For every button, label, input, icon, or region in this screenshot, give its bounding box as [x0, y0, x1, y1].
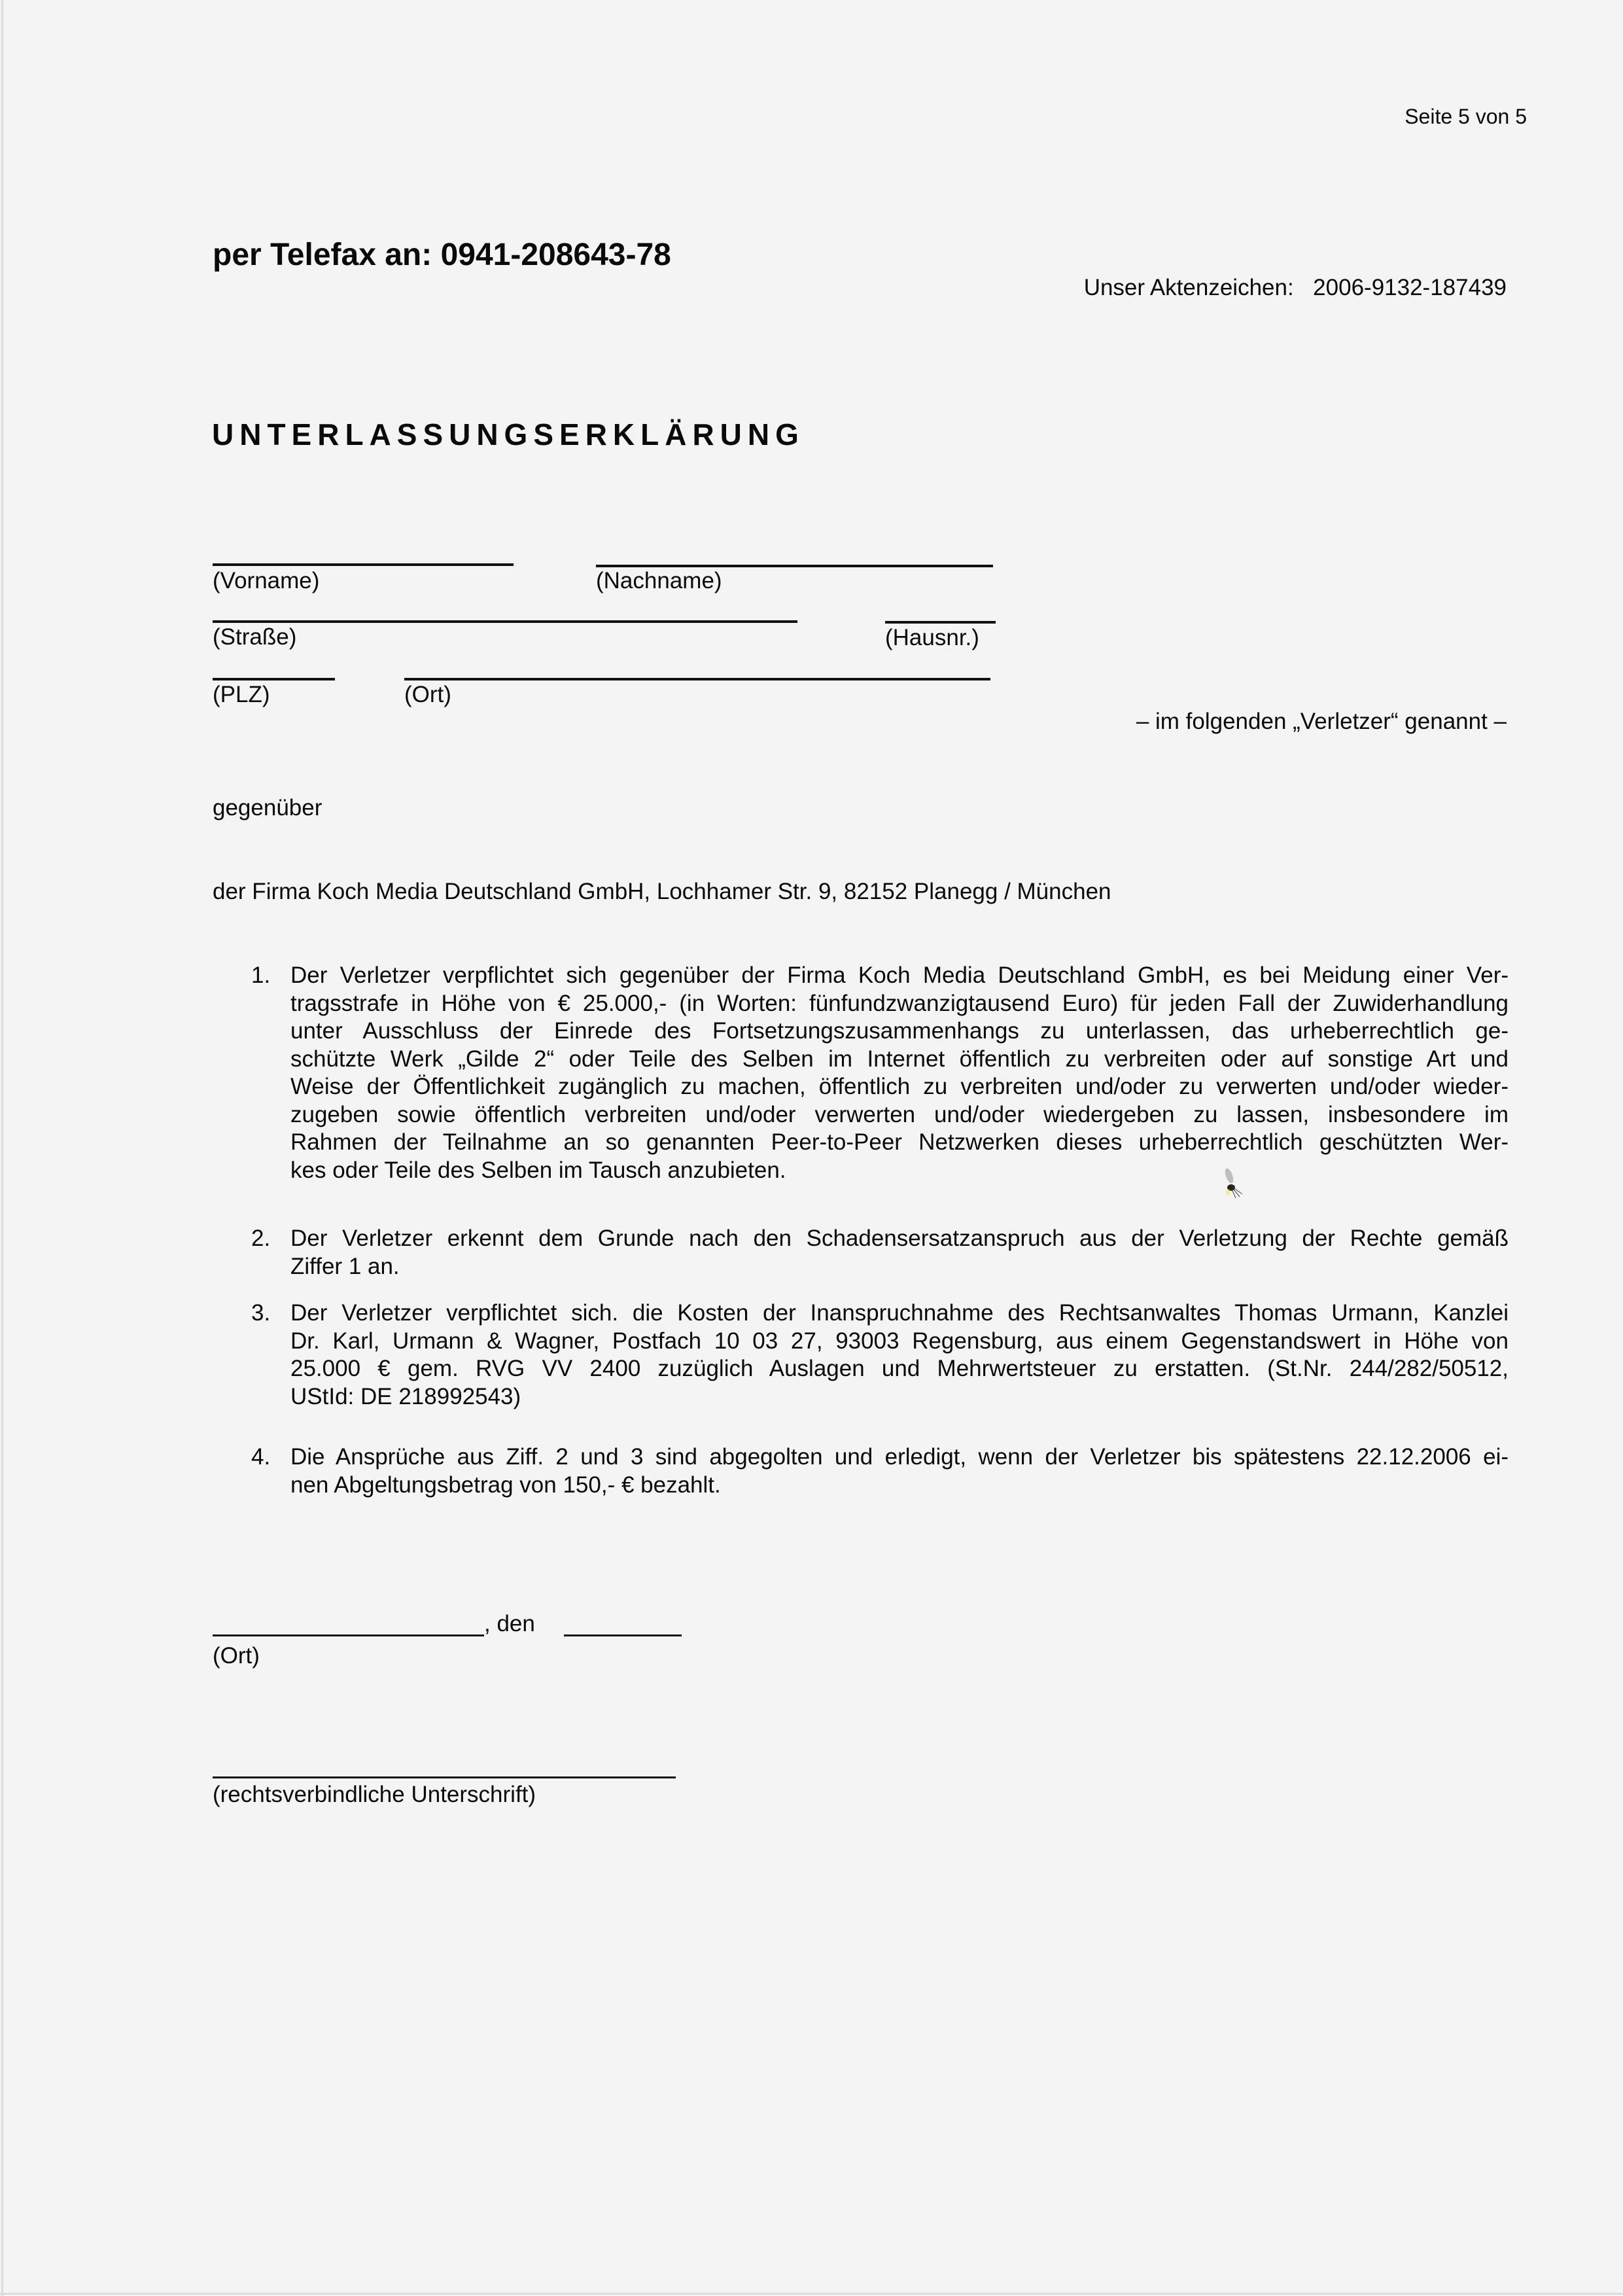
clause-line: Weise der Öffentlichkeit zugänglich zu m…: [290, 1073, 1509, 1101]
plz-label: (PLZ): [213, 682, 270, 708]
strasse-label: (Straße): [213, 624, 296, 650]
clause-line: Der Verletzer verpflichtet sich gegenübe…: [290, 962, 1509, 990]
clause-text: Der Verletzer erkennt dem Grunde nach de…: [290, 1225, 1509, 1280]
page-edge: [0, 2293, 1623, 2295]
insect-speck: [1219, 1167, 1245, 1199]
date-blank[interactable]: [564, 1634, 682, 1636]
reference-value: 2006-9132-187439: [1313, 275, 1507, 300]
counterparty-address: der Firma Koch Media Deutschland GmbH, L…: [213, 879, 1111, 905]
den-label: , den: [484, 1611, 535, 1637]
clause-line: tragsstrafe in Höhe von € 25.000,- (in W…: [290, 990, 1509, 1018]
clause-line: Der Verletzer erkennt dem Grunde nach de…: [290, 1225, 1509, 1253]
clause-number: 3.: [251, 1299, 270, 1327]
counterparty-intro: gegenüber: [213, 795, 322, 821]
ort-label: (Ort): [404, 682, 451, 708]
vorname-label: (Vorname): [213, 568, 319, 594]
clause-line: UStId: DE 218992543): [290, 1383, 1509, 1411]
reference-label: Unser Aktenzeichen:: [1084, 275, 1294, 300]
clause-line: Dr. Karl, Urmann & Wagner, Postfach 10 0…: [290, 1328, 1509, 1356]
page-number: Seite 5 von 5: [1405, 105, 1527, 129]
nachname-label: (Nachname): [596, 568, 722, 594]
clause-text: Die Ansprüche aus Ziff. 2 und 3 sind abg…: [290, 1443, 1509, 1499]
nachname-blank[interactable]: [596, 565, 993, 567]
signature-label: (rechtsverbindliche Unterschrift): [213, 1782, 536, 1808]
clause-number: 1.: [251, 962, 270, 989]
clause-line: unter Ausschluss der Einrede des Fortset…: [290, 1017, 1509, 1046]
clause-line: zugeben sowie öffentlich verbreiten und/…: [290, 1101, 1509, 1129]
clause-line: Rahmen der Teilnahme an so genannten Pee…: [290, 1129, 1509, 1157]
clause-line: Ziffer 1 an.: [290, 1253, 1509, 1281]
clause-line: 25.000 € gem. RVG VV 2400 zuzüglich Ausl…: [290, 1355, 1509, 1383]
clause-line: Die Ansprüche aus Ziff. 2 und 3 sind abg…: [290, 1443, 1509, 1472]
place-blank[interactable]: [213, 1634, 484, 1636]
plz-blank[interactable]: [213, 678, 335, 680]
clause-line: nen Abgeltungsbetrag von 150,- € bezahlt…: [290, 1472, 1509, 1500]
clause-text: Der Verletzer verpflichtet sich. die Kos…: [290, 1299, 1509, 1411]
clause-number: 2.: [251, 1225, 270, 1252]
clause-line: kes oder Teile des Selben im Tausch anzu…: [290, 1157, 1509, 1185]
page-edge: [1, 0, 3, 2296]
party-designation: – im folgenden „Verletzer“ genannt –: [1136, 709, 1507, 735]
signature-blank[interactable]: [213, 1776, 676, 1778]
vorname-blank[interactable]: [213, 563, 514, 566]
reference-number: Unser Aktenzeichen: 2006-9132-187439: [1084, 275, 1507, 301]
clause-line: Der Verletzer verpflichtet sich. die Kos…: [290, 1299, 1509, 1328]
strasse-blank[interactable]: [213, 620, 797, 623]
hausnr-blank[interactable]: [885, 621, 996, 624]
clause-line: schützte Werk „Gilde 2“ oder Teile des S…: [290, 1046, 1509, 1074]
ort-blank[interactable]: [404, 678, 990, 680]
clause-number: 4.: [251, 1443, 270, 1471]
fax-number-line: per Telefax an: 0941-208643-78: [213, 237, 671, 273]
place-label: (Ort): [213, 1643, 260, 1669]
hausnr-label: (Hausnr.): [885, 625, 979, 651]
clause-text: Der Verletzer verpflichtet sich gegenübe…: [290, 962, 1509, 1184]
document-title: UNTERLASSUNGSERKLÄRUNG: [212, 417, 805, 452]
